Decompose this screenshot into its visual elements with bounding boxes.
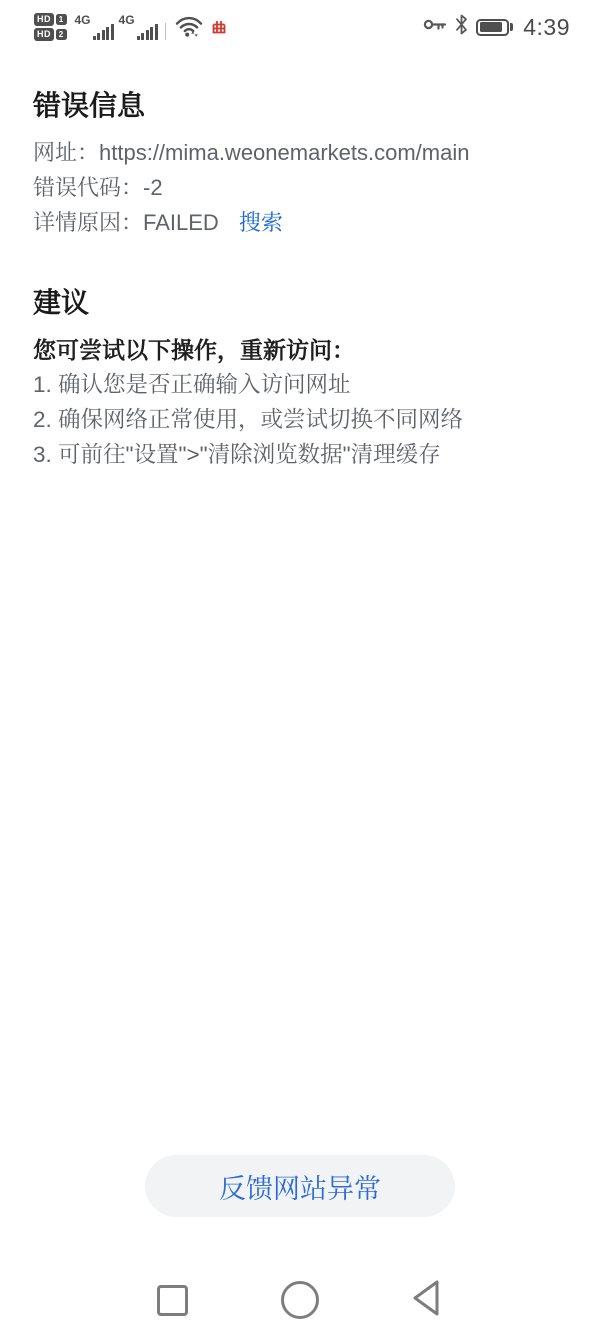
error-page-content: 错误信息 网址：https://mima.weonemarkets.com/ma… [0, 50, 600, 472]
recents-button[interactable] [136, 1267, 208, 1333]
status-divider [165, 23, 167, 40]
status-bar-left: HD 1 HD 2 4G 4G [34, 13, 228, 41]
network-type-sim2: 4G [119, 14, 135, 26]
clock-time: 4:39 [523, 14, 570, 41]
reason-label: 详情原因： [33, 210, 143, 235]
browser-error-screen: HD 1 HD 2 4G 4G [0, 0, 600, 1333]
url-value: https://mima.weonemarkets.com/main [99, 140, 469, 165]
sim2-number: 2 [56, 29, 67, 40]
url-label: 网址： [33, 140, 99, 165]
navigation-bar [0, 1267, 600, 1333]
key-icon [423, 17, 447, 37]
hd-label: HD [34, 28, 54, 41]
battery-fill [480, 22, 502, 32]
error-code-value: -2 [143, 175, 163, 200]
hd-label: HD [34, 13, 54, 26]
signal-bars-sim2 [137, 24, 158, 40]
notification-app-icon [211, 19, 228, 36]
url-line: 网址：https://mima.weonemarkets.com/main [33, 135, 567, 170]
triangle-back-icon [409, 1278, 447, 1323]
signal-bars-sim1 [93, 24, 114, 40]
signal-strength-sim1-icon: 4G [75, 14, 114, 40]
suggestion-item-3: 3. 可前往"设置">"清除浏览数据"清理缓存 [33, 437, 567, 472]
wifi-icon [175, 16, 203, 38]
circle-home-icon [281, 1281, 319, 1319]
back-button[interactable] [392, 1267, 464, 1333]
bluetooth-icon [455, 14, 468, 40]
suggestion-title: 建议 [33, 287, 567, 319]
status-bar: HD 1 HD 2 4G 4G [0, 0, 600, 50]
hd-sim1-icon: HD 1 [34, 13, 67, 26]
error-info-block: 网址：https://mima.weonemarkets.com/main 错误… [33, 135, 567, 240]
error-code-line: 错误代码：-2 [33, 170, 567, 205]
suggestion-intro: 您可尝试以下操作，重新访问： [33, 334, 567, 367]
status-bar-right: 4:39 [423, 14, 570, 41]
reason-line: 详情原因：FAILED搜索 [33, 205, 567, 240]
suggestion-item-2: 2. 确保网络正常使用，或尝试切换不同网络 [33, 402, 567, 437]
suggestion-item-1: 1. 确认您是否正确输入访问网址 [33, 367, 567, 402]
sim1-number: 1 [56, 14, 67, 25]
error-code-label: 错误代码： [33, 175, 143, 200]
battery-icon [476, 19, 509, 36]
feedback-website-error-button[interactable]: 反馈网站异常 [145, 1155, 455, 1217]
error-info-title: 错误信息 [33, 90, 567, 122]
hd-volte-badges: HD 1 HD 2 [34, 13, 67, 41]
square-recents-icon [157, 1285, 188, 1316]
network-type-sim1: 4G [75, 14, 91, 26]
search-link[interactable]: 搜索 [239, 210, 283, 235]
hd-sim2-icon: HD 2 [34, 28, 67, 41]
signal-strength-sim2-icon: 4G [119, 14, 158, 40]
reason-value: FAILED [143, 210, 219, 235]
home-button[interactable] [264, 1267, 336, 1333]
